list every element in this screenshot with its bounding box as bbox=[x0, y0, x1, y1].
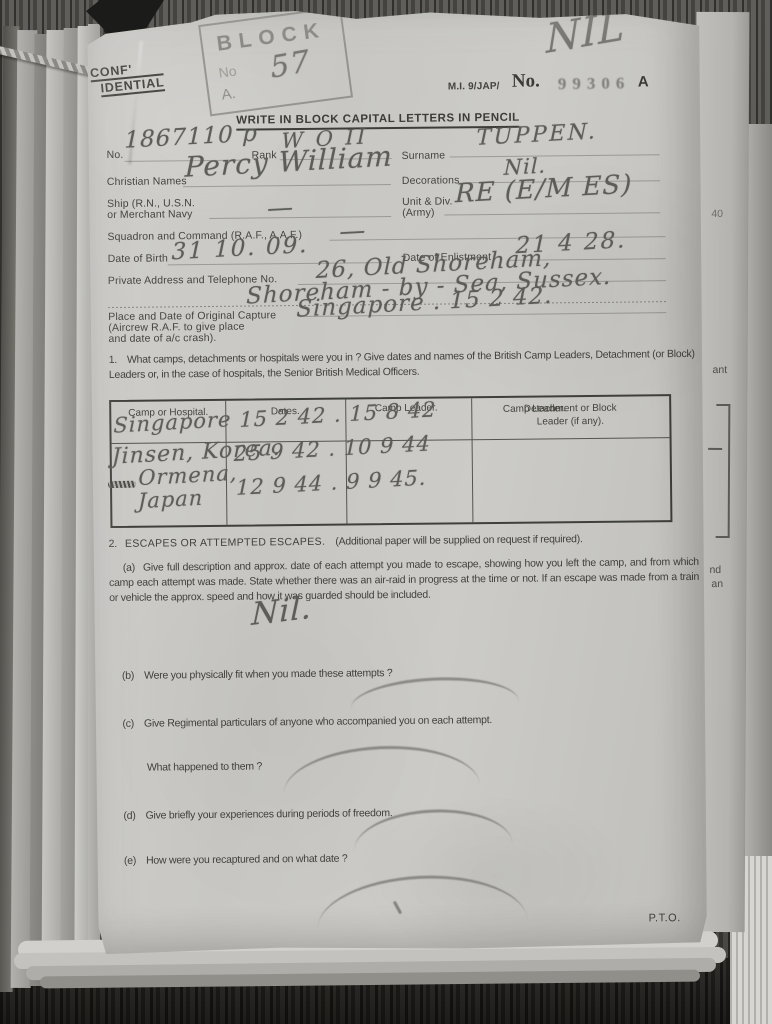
decorations-label: Decorations bbox=[402, 174, 460, 187]
surname-field-label: Surname bbox=[402, 149, 446, 162]
underpage-table-corner bbox=[716, 404, 731, 538]
section2c-text: Give Regimental particulars of anyone wh… bbox=[144, 714, 492, 730]
confidential-line1: CONF bbox=[89, 63, 129, 81]
camps-table-header-block-line2: Leader (if any). bbox=[471, 415, 669, 430]
section2-title: ESCAPES OR ATTEMPTED ESCAPES. bbox=[125, 536, 336, 550]
section2a-paragraph: (a)Give full description and approx. dat… bbox=[109, 555, 699, 607]
section2e-text: How were you recaptured and on what date… bbox=[146, 853, 348, 867]
section2a-answer-nil: Nil. bbox=[251, 590, 312, 633]
surname-field-rule bbox=[450, 154, 660, 157]
section2-number: 2. bbox=[109, 538, 125, 550]
mi9-no-label: No. bbox=[512, 70, 540, 92]
underpage-frag-an: an bbox=[711, 578, 723, 590]
confidential-marking: CONF' IDENTIAL bbox=[89, 59, 165, 98]
capture-label-line3: and date of a/c crash). bbox=[108, 332, 216, 346]
section2a-label: (a) bbox=[109, 562, 143, 574]
christian-names-label: Christian Names bbox=[107, 175, 187, 188]
pencil-stroke-answer-c bbox=[282, 742, 480, 794]
camp-row3-scribble bbox=[108, 481, 136, 488]
underpage-table-rule bbox=[708, 448, 722, 450]
surname-field-value: TUPPEN. bbox=[476, 119, 597, 151]
block-stamp-a: A. bbox=[220, 85, 236, 104]
section2-heading: 2.ESCAPES OR ATTEMPTED ESCAPES.(Addition… bbox=[109, 531, 697, 552]
squadron-value-dash: — bbox=[339, 216, 365, 247]
section2-note: (Additional paper will be supplied on re… bbox=[335, 533, 582, 548]
pto-footer: P.T.O. bbox=[649, 912, 681, 926]
block-stamp-number: 57 bbox=[269, 44, 312, 86]
question1-text: What camps, detachments or hospitals wer… bbox=[109, 348, 695, 381]
section2d-text: Give briefly your experiences during per… bbox=[146, 807, 393, 822]
section2b-label: (b) bbox=[122, 670, 144, 682]
unit-value: RE (E/M ES) bbox=[455, 170, 633, 210]
unit-label-line2: (Army) bbox=[402, 207, 435, 220]
date-of-birth-label: Date of Birth bbox=[108, 252, 168, 265]
mi9-ref-label: M.I. 9/JAP/ bbox=[448, 81, 500, 94]
section2e-label: (e) bbox=[124, 855, 146, 867]
underpage-frag-nd: nd bbox=[709, 564, 721, 576]
camp-row3-name: Ormena, Japan bbox=[138, 461, 251, 513]
mi9-serial-number: 99306 bbox=[558, 74, 631, 95]
section2c-line: (c)Give Regimental particulars of anyone… bbox=[122, 711, 682, 732]
ship-label-line2: or Merchant Navy bbox=[107, 208, 192, 221]
underpage-frag-40: 40 bbox=[711, 208, 723, 220]
question1-number: 1. bbox=[109, 354, 127, 366]
section2a-text: Give full description and approx. date o… bbox=[109, 556, 699, 605]
block-stamp: BLOCK No 57 A. bbox=[198, 6, 353, 116]
ship-value-dash: — bbox=[267, 192, 293, 223]
section2e-line: (e)How were you recaptured and on what d… bbox=[124, 848, 684, 869]
section2c-label: (c) bbox=[122, 718, 144, 730]
question1-paragraph: 1.What camps, detachments or hospitals w… bbox=[109, 347, 695, 384]
underpage-frag-ant: ant bbox=[713, 364, 728, 376]
section2b-text: Were you physically fit when you made th… bbox=[144, 667, 392, 682]
mi9-serial-suffix: A bbox=[638, 73, 649, 90]
christian-names-rule bbox=[183, 184, 391, 187]
pow-questionnaire-page: CONF' IDENTIAL BLOCK No 57 A. M.I. 9/JAP… bbox=[87, 7, 709, 955]
scanned-pow-form-photo: 40 ant nd an CONF' IDENTIAL BLOCK No 57 … bbox=[0, 0, 772, 1024]
section2d-label: (d) bbox=[123, 810, 145, 822]
no-field-label: No. bbox=[107, 149, 124, 162]
unit-rule bbox=[444, 212, 660, 215]
pencil-stroke-answer-e bbox=[315, 871, 527, 929]
block-stamp-no: No bbox=[218, 63, 238, 81]
